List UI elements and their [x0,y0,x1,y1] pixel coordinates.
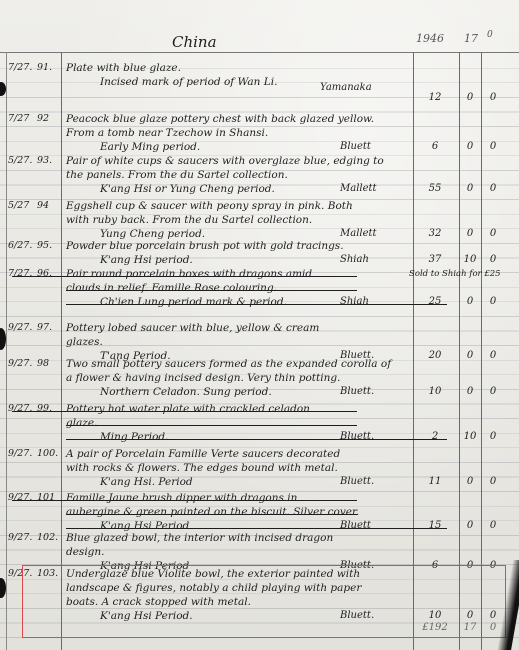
entry-number: 94 [37,200,49,211]
strikethrough-line [12,411,357,412]
strikethrough-line [66,514,357,515]
amount-pence: 0 [478,476,508,487]
amount-pounds: 37 [420,254,450,265]
highlight-box [22,565,506,638]
entry-number: 100. [37,448,58,459]
amount-pounds: 20 [420,350,450,361]
amount-pence: 0 [478,92,508,103]
entry-number: 93. [37,155,52,166]
entry-description-line: K'ang Hsi period. [100,254,193,266]
entry-description-line: Ch'ien Lung period mark & period. [100,296,287,308]
entry-date: 9/27. [8,448,32,459]
amount-pence: 0 [478,254,508,265]
entry-date: 5/27 [8,200,29,211]
entry-number: 92 [37,113,49,124]
entry-description-line: design. [66,546,105,558]
entry-seller: Yamanaka [320,82,372,93]
entry-date: 6/27. [8,240,32,251]
entry-date: 9/27. [8,358,32,369]
entry-seller: Mallett [340,183,377,194]
entry-description-line: K'ang Hsi or Yung Cheng period. [100,183,275,195]
entry-date: 7/27. [8,62,32,73]
entry-description-line: Early Ming period. [100,141,200,153]
entry-number: 99. [37,403,52,414]
margin-line [6,52,7,650]
amount-pounds: 2 [420,431,450,442]
amount-pence: 0 [478,296,508,307]
entry-description-line: Powder blue porcelain brush pot with gol… [66,240,344,252]
amount-pence: 0 [478,431,508,442]
entry-seller: Mallett [340,228,377,239]
amount-pounds: 10 [420,386,450,397]
strikethrough-line [66,425,357,426]
entry-description-line: clouds in relief. Famille Rose colouring… [66,282,277,294]
amount-pence: 0 [478,350,508,361]
amount-pounds: 11 [420,476,450,487]
header-year: 1946 [416,32,444,45]
entry-description-line: Eggshell cup & saucer with peony spray i… [66,200,353,212]
amount-pounds: 12 [420,92,450,103]
entry-description-line: with ruby back. From the du Sartel colle… [66,214,312,226]
strikethrough-line [66,304,447,305]
entry-description-line: Two small pottery saucers formed as the … [66,358,391,370]
entry-date: 7/27. [8,268,32,279]
entry-number: 101 [37,492,55,503]
entry-description-line: Pottery hot water plate with crackled ce… [66,403,310,415]
amount-pence: 0 [478,228,508,239]
entry-seller: Bluett. [340,386,374,397]
entry-description-line: Peacock blue glaze pottery chest with ba… [66,113,374,125]
entry-description-line: Blue glazed bowl, the interior with inci… [66,532,333,544]
entry-number: 97. [37,322,52,333]
description-column-line [61,52,62,650]
entry-seller: Shiah [340,296,369,307]
entry-description-line: glaze. [66,417,97,429]
entry-description-line: Ming Period. [100,431,169,443]
entry-description-line: with rocks & flowers. The edges bound wi… [66,462,338,474]
amount-pounds: 55 [420,183,450,194]
entry-description-line: A pair of Porcelain Famille Verte saucer… [66,448,340,460]
pounds-column-line [413,52,414,650]
entry-description-line: the panels. From the du Sartel collectio… [66,169,288,181]
amount-pence: 0 [478,183,508,194]
header-shillings: 17 [464,32,478,45]
entry-seller: Bluett. [340,476,374,487]
entry-description-line: Famille Jaune brush dipper with dragons … [66,492,297,504]
entry-date: 9/27. [8,322,32,333]
entry-description-line: glazes. [66,336,103,348]
entry-description-line: K'ang Hsi Period [100,520,189,532]
entry-date: 9/27. [8,492,32,503]
entry-description-line: Pair of white cups & saucers with overgl… [66,155,384,167]
header-rule [0,52,519,53]
amount-pence: 0 [478,520,508,531]
strikethrough-line [66,290,357,291]
amount-pounds: 6 [420,141,450,152]
strikethrough-line [12,500,357,501]
entry-description-line: aubergine & green painted on the biscuit… [66,506,359,518]
amount-pounds: 15 [420,520,450,531]
entry-description-line: Incised mark of period of Wan Li. [100,76,277,88]
entry-description-line: a flower & having incised design. Very t… [66,372,340,384]
entry-date: 9/27. [8,532,32,543]
page-title: China [172,33,217,51]
entry-description-line: Yung Cheng period. [100,228,205,240]
header-pence: 0 [487,30,493,40]
entry-seller: Bluett [340,520,371,531]
amount-pence: 0 [478,386,508,397]
entry-number: 95. [37,240,52,251]
entry-description-line: Plate with blue glaze. [66,62,181,74]
amount-pounds: 25 [420,296,450,307]
amount-pence: 0 [478,141,508,152]
entry-description-line: Pair round porcelain boxes with dragons … [66,268,312,280]
entry-seller: Bluett. [340,431,374,442]
entry-date: 9/27. [8,403,32,414]
entry-description-line: K'ang Hsi. Period [100,476,193,488]
entry-number: 102. [37,532,58,543]
entry-seller: Shiah [340,254,369,265]
entry-date: 7/27 [8,113,29,124]
sold-note: Sold to Shiah for £25 [409,270,501,279]
entry-number: 91. [37,62,52,73]
strikethrough-line [66,528,447,529]
entry-description-line: Northern Celadon. Sung period. [100,386,272,398]
entry-description-line: Pottery lobed saucer with blue, yellow &… [66,322,319,334]
strikethrough-line [12,276,357,277]
entry-number: 98 [37,358,49,369]
entry-date: 5/27. [8,155,32,166]
amount-pounds: 32 [420,228,450,239]
strikethrough-line [66,439,447,440]
entry-description-line: From a tomb near Tzechow in Shansi. [66,127,268,139]
ledger-page: China 1946 17 0 7/27.91.Plate with blue … [0,0,519,650]
entry-seller: Bluett [340,141,371,152]
entry-number: 96. [37,268,52,279]
